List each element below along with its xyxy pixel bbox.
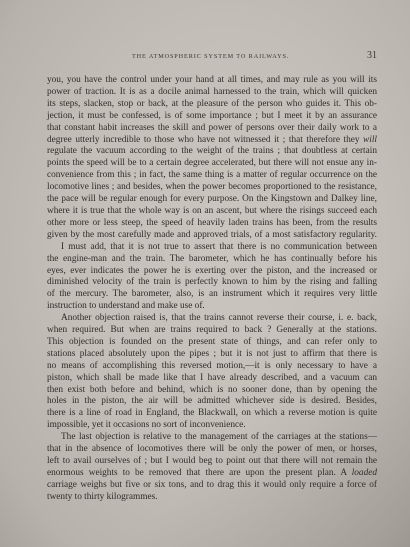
text-line: twenty to thirty kilogrammes.	[47, 492, 377, 504]
running-title: The Atmospheric System to Railways.	[132, 53, 289, 60]
text-line: stations placed absolutely upon the pipe…	[47, 349, 377, 361]
text-line: the engine-man and the train. The barome…	[47, 254, 377, 266]
text-line: carriage weighs but five or six tons, an…	[47, 480, 377, 492]
text-line: instruction to understand and make use o…	[47, 301, 377, 313]
text-line: where it is true that the whole way is o…	[47, 206, 377, 218]
text-line: degree utterly incredible to those who h…	[47, 135, 377, 147]
text-line: that in the absence of locomotives there…	[47, 444, 377, 456]
text-line: its steps, slacken, stop or back, at the…	[47, 99, 377, 111]
text-line: diminished velocity of the train is perf…	[47, 277, 377, 289]
text-line: power of traction. It is as a docile ani…	[47, 87, 377, 99]
text-line: there is a line of road in England, the …	[47, 408, 377, 420]
paragraph-4: The last objection is relative to the ma…	[47, 432, 377, 503]
text-line: you, you have the control under your han…	[47, 75, 377, 87]
text-line: other more or less steep, the speed of h…	[47, 218, 377, 230]
text-line: locomotive lines ; and besides, when the…	[47, 182, 377, 194]
text-line: given by the most carefully made and app…	[47, 230, 377, 242]
text-line: enormous weights to be removed that ther…	[47, 468, 377, 480]
text-line: that constant habit increases the skill …	[47, 123, 377, 135]
text-line: left to avail ourselves of ; but I would…	[47, 456, 377, 468]
book-page: The Atmospheric System to Railways. 31 y…	[0, 0, 410, 547]
paragraph-2: I must add, that it is not true to asser…	[47, 242, 377, 313]
text-line: I must add, that it is not true to asser…	[47, 242, 377, 254]
page-number: 31	[367, 50, 377, 61]
text-line: regulate the vacuum according to the wei…	[47, 146, 377, 158]
text-line: This objection is founded on the present…	[47, 337, 377, 349]
text-line: convenience from this ; in fact, the sam…	[47, 170, 377, 182]
text-line: then exist both before and behind, which…	[47, 385, 377, 397]
text-line: of the mercury. The barometer, also, is …	[47, 289, 377, 301]
text-line: piston, which shall be made like that I …	[47, 373, 377, 385]
text-line: jection, it must be confessed, is of som…	[47, 111, 377, 123]
text-line: holes in the piston, the air will be adm…	[47, 396, 377, 408]
text-line: eyes, ever indicates the power he is exe…	[47, 266, 377, 278]
paragraph-3: Another objection raised is, that the tr…	[47, 313, 377, 432]
text-line: the pace will be regular enough for ever…	[47, 194, 377, 206]
italic-word: loaded	[352, 468, 377, 478]
text-line: impossible, yet it occasions no sort of …	[47, 420, 377, 432]
body-text: you, you have the control under your han…	[47, 75, 377, 504]
text-line: Another objection raised is, that the tr…	[47, 313, 377, 325]
paragraph-1: you, you have the control under your han…	[47, 75, 377, 242]
italic-word: will	[363, 135, 377, 145]
text-line: no means of accomplishing this reversed …	[47, 361, 377, 373]
text-line: The last objection is relative to the ma…	[47, 432, 377, 444]
text-line: points the speed will be to a certain de…	[47, 158, 377, 170]
text-line: when required. But when are trains requi…	[47, 325, 377, 337]
